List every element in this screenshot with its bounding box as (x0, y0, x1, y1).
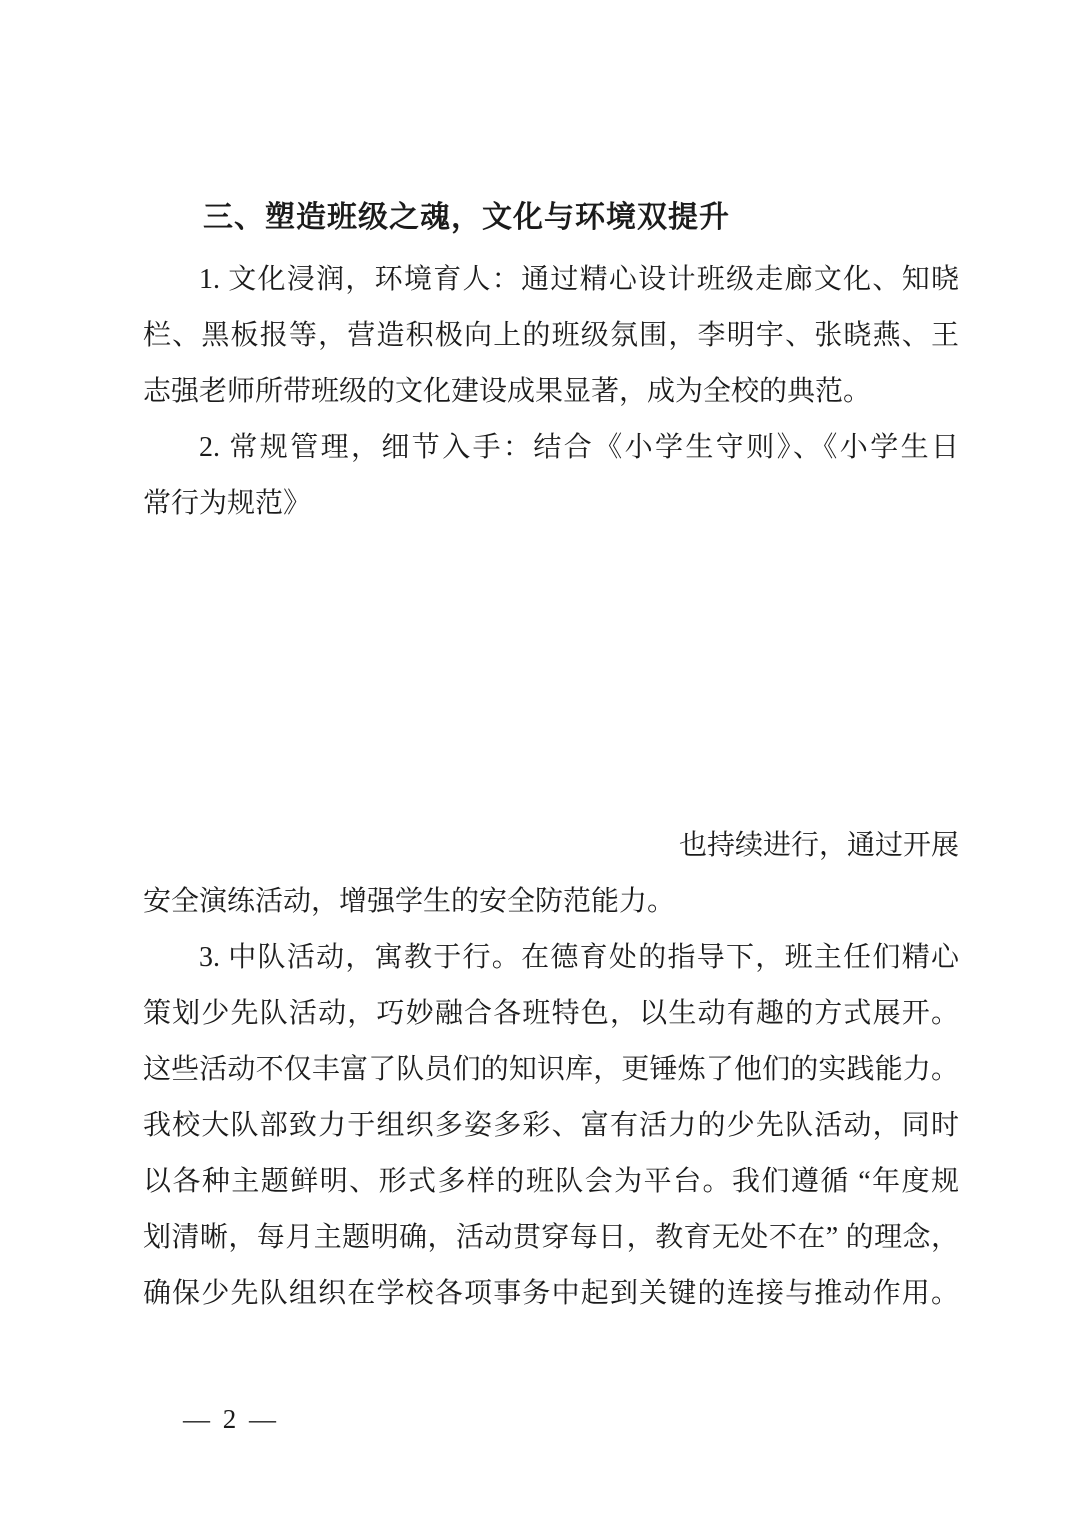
para1-line2: 栏、黑板报等，营造积极向上的班级氛围，李明宇、张晓燕、王 (143, 308, 959, 364)
document-page: 三、塑造班级之魂，文化与环境双提升 1. 文化浸润，环境育人：通过精心设计班级走… (0, 0, 1080, 1527)
para1-line3: 志强老师所带班级的文化建设成果显著，成为全校的典范。 (143, 364, 959, 420)
continuation-line1: 也持续进行，通过开展 (143, 818, 959, 874)
section-heading: 三、塑造班级之魂，文化与环境双提升 (143, 190, 959, 246)
blank-redacted-area (143, 532, 959, 818)
para3-line4: 我校大队部致力于组织多姿多彩、富有活力的少先队活动，同时 (143, 1098, 959, 1154)
para3-line1: 3. 中队活动，寓教于行。在德育处的指导下，班主任们精心 (143, 930, 959, 986)
para1-line1: 1. 文化浸润，环境育人：通过精心设计班级走廊文化、知晓 (143, 252, 959, 308)
para2-line2: 常行为规范》 (143, 476, 959, 532)
para3-line2: 策划少先队活动，巧妙融合各班特色，以生动有趣的方式展开。 (143, 986, 959, 1042)
para2-line1: 2. 常规管理，细节入手：结合《小学生守则》、《小学生日 (143, 420, 959, 476)
para3-line6: 划清晰，每月主题明确，活动贯穿每日，教育无处不在” 的理念， (143, 1210, 959, 1266)
para3-line5: 以各种主题鲜明、形式多样的班队会为平台。我们遵循 “年度规 (143, 1154, 959, 1210)
para3-line7: 确保少先队组织在学校各项事务中起到关键的连接与推动作用。 (143, 1266, 959, 1322)
page-number: — 2 — (183, 1402, 279, 1436)
para3-line3: 这些活动不仅丰富了队员们的知识库，更锤炼了他们的实践能力。 (143, 1042, 959, 1098)
document-body: 三、塑造班级之魂，文化与环境双提升 1. 文化浸润，环境育人：通过精心设计班级走… (143, 190, 959, 1322)
continuation-line2: 安全演练活动，增强学生的安全防范能力。 (143, 874, 959, 930)
